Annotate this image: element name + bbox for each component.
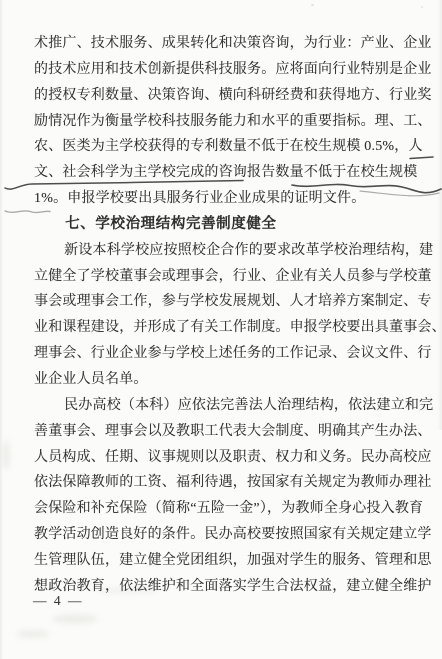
scanned-document-page: 术推广、技术服务、成果转化和决策咨询，为行业：产业、企业的技术应用和技术创新提供… [0, 0, 442, 659]
text-segment: 事会或理事会工作，参与学校发展规划、人才培养方案制定、专 [34, 294, 432, 309]
text-line: 术推广、技术服务、成果转化和决策咨询，为行业：产业、企业 [34, 31, 436, 57]
scan-edge-right [437, 0, 442, 430]
text-segment: 。申报学校要出具服务行业企业成果的证明文件。 [53, 191, 365, 206]
text-segment: 业和课程建设，并形成了有关工作制度。申报学校要出具董事会、 [34, 320, 442, 335]
text-line: 立健全了学校董事会或理事会，行业、企业有关人员参与学校董 [34, 264, 436, 290]
text-line: 业企业人员名单。 [34, 367, 436, 393]
text-line: 事会或理事会工作，参与学校发展规划、人才培养方案制定、专 [34, 289, 436, 315]
text-line: 会保险和补充保险（简称“五险一金”），为教师全身心投入教育 [34, 496, 436, 522]
text-line: 农、医类为主学校获得的专利数量不低于在校生规模 0.5%，人 [34, 134, 436, 160]
text-segment: 农、医类为主学校获得的专利数量不低于在校生规模 0.5%， [34, 139, 408, 154]
text-segment: 立健全了学校董事会或理事会，行业、企业有关人员参与学校董 [34, 269, 432, 284]
text-line: 文、社会科学为主学校完成的咨询报告数量不低于在校生规模 [34, 160, 436, 186]
text-line: 1%。申报学校要出具服务行业企业成果的证明文件。 [34, 186, 436, 212]
text-line: 教学活动创造良好的条件。民办高校要按照国家有关规定建立学 [34, 522, 436, 548]
scan-edge-left [0, 0, 3, 659]
text-segment: 的授权专利数量、决策咨询、横向科研经费和获得地方、行业奖 [34, 88, 432, 103]
text-segment: 生管理队伍，建立健全党团组织，加强对学生的服务、管理和思 [34, 553, 432, 568]
scan-smudge [2, 440, 10, 470]
text-line: 依法保障教师的工资、福利待遇，按国家有关规定为教师办理社 [34, 470, 436, 496]
text-line: 民办高校（本科）应依法完善法人治理结构，依法建立和完 [34, 393, 436, 419]
underlined-text: 文、社会科学为主学校完成的 [34, 165, 219, 180]
underlined-text: 1% [34, 191, 53, 206]
scan-speck [311, 4, 314, 6]
text-segment: 善董事会、理事会以及教职工代表大会制度、明确其产生办法、 [34, 424, 432, 439]
text-segment: 七、学校治理结构完善制度健全 [65, 216, 276, 232]
text-segment: 依法保障教师的工资、福利待遇，按国家有关规定为教师办理社 [34, 475, 432, 490]
text-segment: 想政治教育，依法维护和全面落实学生合法权益，建立健全维护 [34, 579, 432, 594]
text-line: 的授权专利数量、决策咨询、横向科研经费和获得地方、行业奖 [34, 83, 436, 109]
text-segment: 理事会、行业企业参与学校上述任务的工作记录、会议文件、行 [34, 346, 432, 361]
text-line: 励情况作为衡量学校科技服务能力和水平的重要指标。理、工、 [34, 109, 436, 135]
text-segment: 新设本科学校应按照校企合作的要求改革学校治理结构，建 [64, 243, 433, 258]
text-line: 想政治教育，依法维护和全面落实学生合法权益，建立健全维护 [34, 574, 436, 600]
text-line: 新设本科学校应按照校企合作的要求改革学校治理结构，建 [34, 238, 436, 264]
scan-speck [421, 6, 423, 8]
text-line: 善董事会、理事会以及教职工代表大会制度、明确其产生办法、 [34, 419, 436, 445]
page-number: — 4 — [33, 590, 84, 612]
text-segment: 人员构成、任期、议事规则以及职责、权力和义务。民办高校应 [34, 450, 432, 465]
text-segment: 术推广、技术服务、成果转化和决策咨询，为行业：产业、企业 [34, 36, 432, 51]
text-segment: 励情况作为衡量学校科技服务能力和水平的重要指标。理、工、 [34, 114, 432, 129]
underlined-text: 不低于在校生规模 [304, 165, 418, 180]
text-line: 生管理队伍，建立健全党团组织，加强对学生的服务、管理和思 [34, 548, 436, 574]
text-segment: 民办高校（本科）应依法完善法人治理结构，依法建立和完 [64, 398, 433, 413]
text-line: 理事会、行业企业参与学校上述任务的工作记录、会议文件、行 [34, 341, 436, 367]
section-heading: 七、学校治理结构完善制度健全 [34, 212, 436, 238]
text-line: 业和课程建设，并形成了有关工作制度。申报学校要出具董事会、 [34, 315, 436, 341]
text-segment: 的技术应用和技术创新提供科技服务。应将面向行业特别是企业 [34, 62, 432, 77]
text-block: 术推广、技术服务、成果转化和决策咨询，为行业：产业、企业的技术应用和技术创新提供… [34, 31, 436, 600]
underlined-text: 人 [408, 139, 422, 154]
text-segment: 会保险和补充保险（简称“五险一金”），为教师全身心投入教育 [34, 501, 423, 516]
scan-smudge [52, 614, 98, 624]
text-line: 的技术应用和技术创新提供科技服务。应将面向行业特别是企业 [34, 57, 436, 83]
scan-smudge [16, 630, 50, 638]
text-segment: 咨询报告数量 [219, 165, 304, 180]
text-segment: 教学活动创造良好的条件。民办高校要按照国家有关规定建立学 [34, 527, 432, 542]
text-segment: 业企业人员名单。 [34, 372, 148, 387]
text-line: 人员构成、任期、议事规则以及职责、权力和义务。民办高校应 [34, 445, 436, 471]
